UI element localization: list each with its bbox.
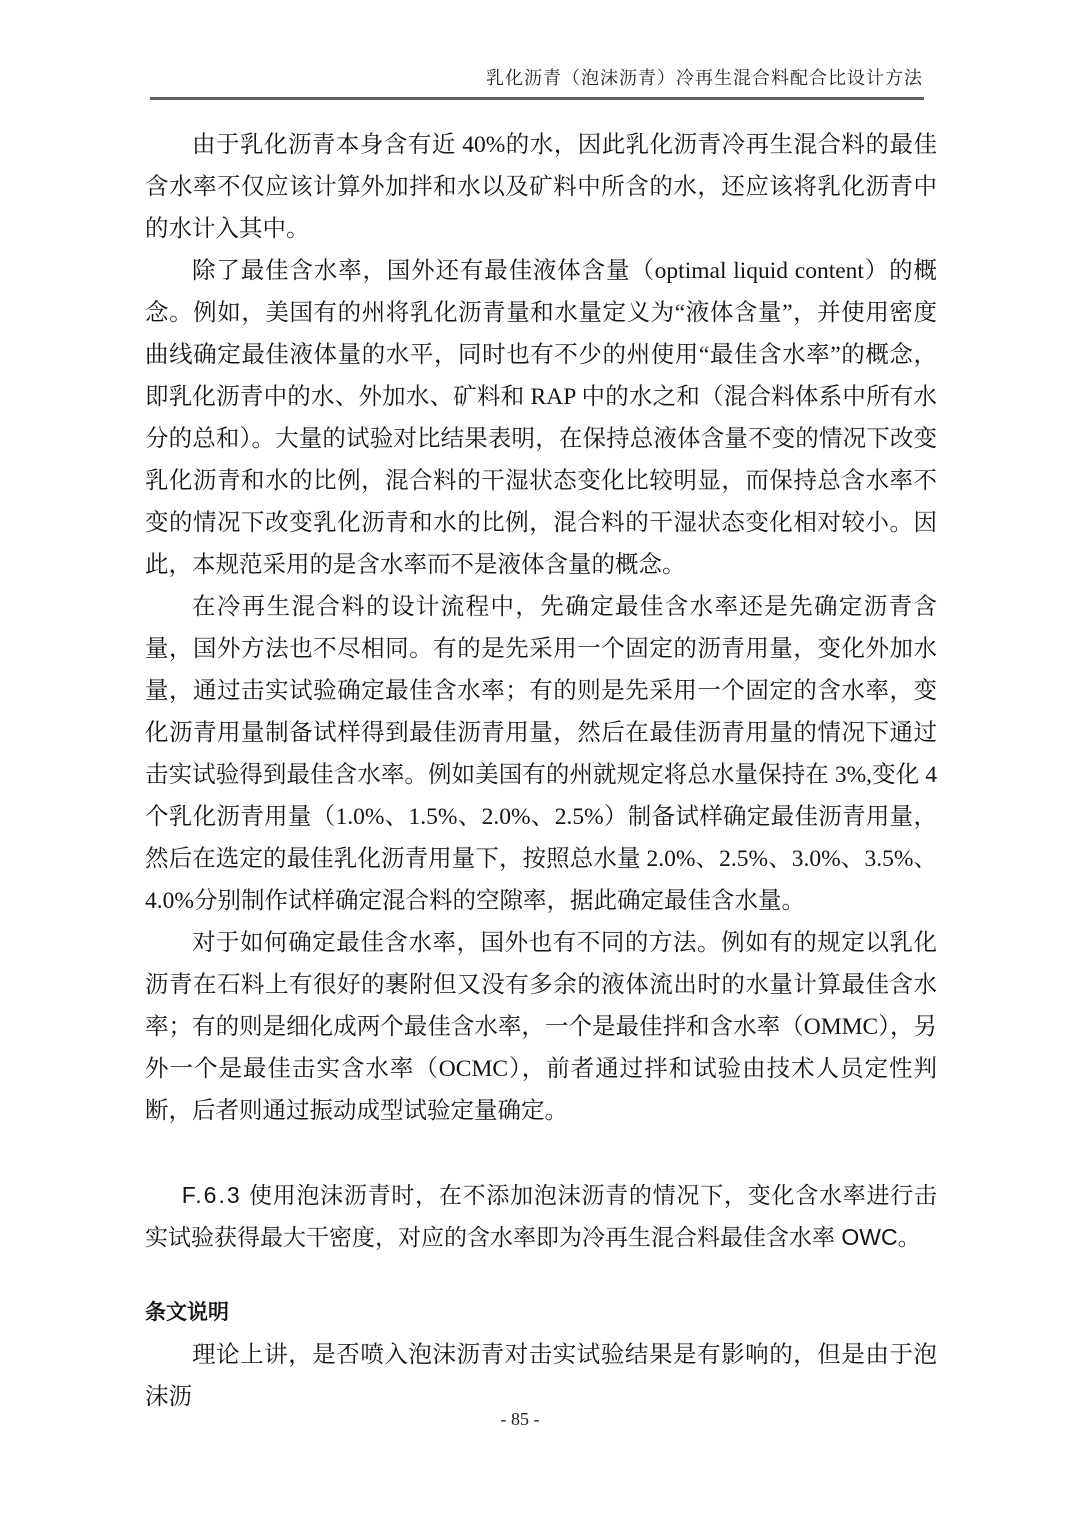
body-paragraph: 对于如何确定最佳含水率，国外也有不同的方法。例如有的规定以乳化沥青在石料上有很好… (145, 922, 937, 1132)
clause-text: 使用泡沫沥青时，在不添加泡沫沥青的情况下，变化含水率进行击实试验获得最大干密度，… (145, 1182, 937, 1250)
running-header-title: 乳化沥青（泡沫沥青）冷再生混合料配合比设计方法 (150, 64, 923, 92)
page-number: - 85 - (0, 1406, 1040, 1432)
clause-number: F.6.3 (182, 1182, 242, 1208)
body-paragraph: 除了最佳含水率，国外还有最佳液体含量（optimal liquid conten… (145, 250, 937, 586)
body-paragraph: 在冷再生混合料的设计流程中，先确定最佳含水率还是先确定沥青含量，国外方法也不尽相… (145, 586, 937, 922)
body-paragraph: 由于乳化沥青本身含有近 40%的水，因此乳化沥青冷再生混合料的最佳含水率不仅应该… (145, 124, 937, 250)
page-body: 由于乳化沥青本身含有近 40%的水，因此乳化沥青冷再生混合料的最佳含水率不仅应该… (145, 124, 937, 1418)
header-rule (150, 97, 924, 100)
document-page: 乳化沥青（泡沫沥青）冷再生混合料配合比设计方法 由于乳化沥青本身含有近 40%的… (0, 0, 1074, 1520)
notes-heading: 条文说明 (145, 1292, 937, 1334)
clause-f63: F.6.3 使用泡沫沥青时，在不添加泡沫沥青的情况下，变化含水率进行击实试验获得… (145, 1174, 937, 1258)
